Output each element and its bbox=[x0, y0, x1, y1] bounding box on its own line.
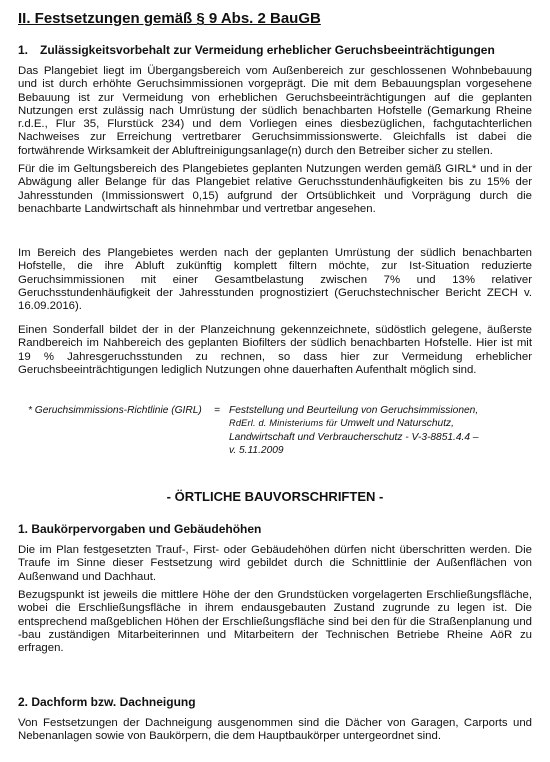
section-1-paragraph: Einen Sonderfall bildet der in der Planz… bbox=[18, 324, 532, 377]
section-1-paragraph: Für die im Geltungsbereich des Plangebie… bbox=[18, 163, 532, 216]
section-1-paragraph: Das Plangebiet liegt im Übergangsbereich… bbox=[18, 65, 532, 158]
footnote-def-line-1: Feststellung und Beurteilung von Geruchs… bbox=[229, 404, 534, 417]
girl-footnote: * Geruchsimmissions-Richtlinie (GIRL) = … bbox=[28, 404, 534, 457]
section-1-heading: 1.Zulässigkeitsvorbehalt zur Vermeidung … bbox=[18, 43, 495, 57]
footnote-term: * Geruchsimmissions-Richtlinie (GIRL) bbox=[28, 404, 205, 457]
local-regulations-title: - ÖRTLICHE BAUVORSCHRIFTEN - bbox=[18, 489, 532, 504]
bau-section-2-heading: 2. Dachform bzw. Dachneigung bbox=[18, 695, 196, 709]
bau-section-1-paragraph: Bezugspunkt ist jeweils die mittlere Höh… bbox=[18, 589, 532, 655]
footnote-def-line-4: v. 5.11.2009 bbox=[229, 444, 534, 457]
footnote-def-line-2: RdErl. d. Ministeriums für Umwelt und Na… bbox=[229, 417, 534, 430]
section-1-heading-text: Zulässigkeitsvorbehalt zur Vermeidung er… bbox=[40, 43, 495, 57]
footnote-def-line-2-rest: Umwelt und Naturschutz, bbox=[337, 418, 454, 429]
document-title: II. Festsetzungen gemäß § 9 Abs. 2 BauGB bbox=[18, 10, 321, 27]
bau-section-2-paragraph: Von Festsetzungen der Dachneigung ausgen… bbox=[18, 717, 532, 744]
footnote-def-line-3: Landwirtschaft und Verbraucherschutz - V… bbox=[229, 431, 534, 444]
bau-section-1-paragraph: Die im Plan festgesetzten Trauf-, First-… bbox=[18, 544, 532, 584]
footnote-rderl: RdErl. d. Ministeriums für bbox=[229, 418, 337, 428]
footnote-definition: Feststellung und Beurteilung von Geruchs… bbox=[229, 404, 534, 457]
footnote-equals: = bbox=[205, 404, 229, 457]
section-1-paragraph: Im Bereich des Plangebietes werden nach … bbox=[18, 247, 532, 313]
bau-section-1-heading: 1. Baukörpervorgaben und Gebäudehöhen bbox=[18, 522, 261, 536]
section-1-number: 1. bbox=[18, 43, 40, 57]
